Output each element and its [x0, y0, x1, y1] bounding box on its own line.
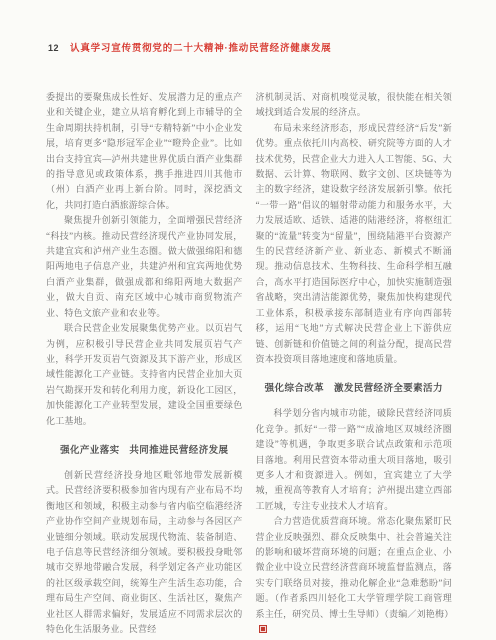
body-paragraph: 布局未来经济形态，形成民营经济“后发”新优势。重点依托川内高校、研究院等方面的人…: [256, 121, 453, 368]
section-heading-industry: 强化产业落实 共同推进民营经济发展: [46, 442, 243, 456]
body-paragraph: 聚焦提升创新引领能力，全面增强民营经济“科技”内核。推动民营经济现代产业协同发展…: [46, 213, 243, 321]
right-column: 济机制灵活、对商机嗅觉灵敏，很快能在相关领域找到适合发展的经济点。 布局未来经济…: [256, 90, 453, 637]
body-paragraph: 科学划分省内城市功能，破除民营经济同质化竞争。抓好“一带一路”“成渝地区双城经济…: [256, 406, 453, 514]
document-page: 12 认真学习宣传贯彻党的二十大精神·推动民营经济健康发展 委提出的要聚焦成长性…: [0, 0, 496, 640]
two-column-body: 委提出的要聚焦成长性好、发展潜力足的重点产业和关键企业，建立从培育孵化到上市辅导…: [46, 90, 452, 637]
body-paragraph: 创新民营经济投身地区毗邻地带发展新模式。民营经济要积极参加省内现有产业布局不均衡…: [46, 468, 243, 637]
body-paragraph: 联合民营企业发展聚集优势产业。以页岩气为例，应积极引导民营企业共同发展页岩气产业…: [46, 321, 243, 429]
left-column: 委提出的要聚焦成长性好、发展潜力足的重点产业和关键企业，建立从培育孵化到上市辅导…: [46, 90, 243, 637]
body-paragraph: 合力营造优质营商环境。常态化聚焦紧盯民营企业反映强烈、群众反映集中、社会普遍关注…: [256, 514, 453, 637]
paragraph-text: 合力营造优质营商环境。常态化聚焦紧盯民营企业反映强烈、群众反映集中、社会普遍关注…: [256, 516, 454, 618]
page-header: 12 认真学习宣传贯彻党的二十大精神·推动民营经济健康发展: [48, 40, 452, 54]
body-paragraph: 济机制灵活、对商机嗅觉灵敏，很快能在相关领域找到适合发展的经济点。: [256, 90, 453, 121]
page-number: 12: [48, 43, 59, 53]
article-end-mark-icon: [259, 625, 267, 633]
body-paragraph: 委提出的要聚焦成长性好、发展潜力足的重点产业和关键企业，建立从培育孵化到上市辅导…: [46, 90, 243, 213]
running-head-title: 认真学习宣传贯彻党的二十大精神·推动民营经济健康发展: [70, 40, 331, 54]
section-heading-reform: 强化综合改革 激发民营经济全要素活力: [256, 380, 453, 394]
